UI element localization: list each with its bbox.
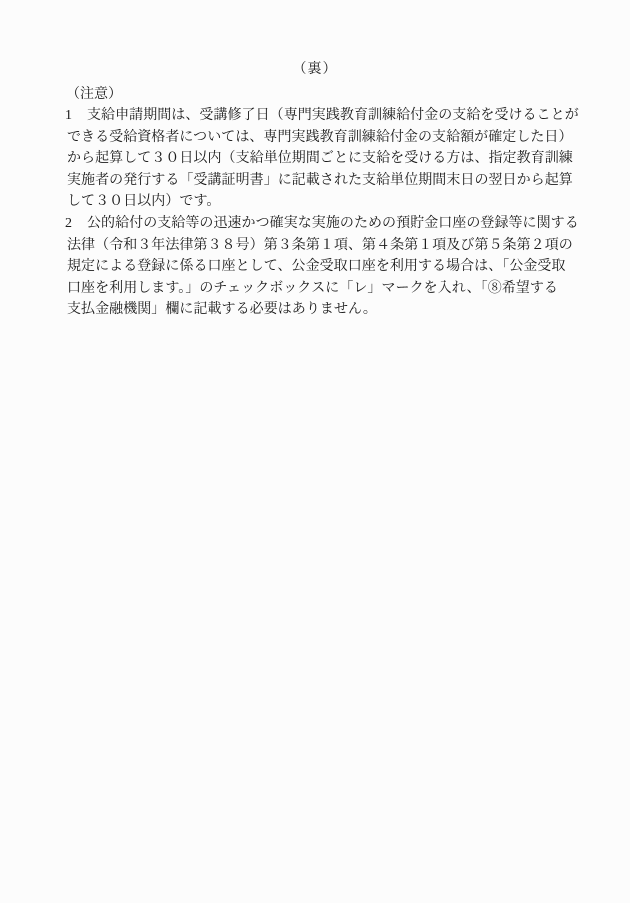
- text-line: 規定による登録に係る口座として、公金受取口座を利用する場合は、「公金受取: [67, 256, 630, 278]
- text-line: して３０日以内）です。: [67, 191, 630, 213]
- note-item-2: 2 公的給付の支給等の迅速かつ確実な実施のための預貯金口座の登録等に関する 法律…: [0, 213, 630, 321]
- text-line: 口座を利用します。」のチェックボックスに「レ」マークを入れ、「⑧希望する: [67, 278, 630, 300]
- notes-heading: （注意）: [66, 84, 122, 106]
- text-line: 支給申請期間は、受講修了日（専門実践教育訓練給付金の支給を受けることが: [87, 105, 630, 127]
- note-item-2-number: 2: [65, 213, 72, 235]
- text-line: 法律（令和３年法律第３８号）第３条第１項、第４条第１項及び第５条第２項の: [67, 235, 630, 257]
- text-line: 実施者の発行する「受講証明書」に記載された支給単位期間末日の翌日から起算: [67, 170, 630, 192]
- notes-body: 1 支給申請期間は、受講修了日（専門実践教育訓練給付金の支給を受けることが でき…: [0, 105, 630, 321]
- note-item-1-number: 1: [65, 105, 72, 127]
- note-item-1: 1 支給申請期間は、受講修了日（専門実践教育訓練給付金の支給を受けることが でき…: [0, 105, 630, 213]
- text-line: 支払金融機関」欄に記載する必要はありません。: [67, 299, 630, 321]
- document-page: （裏） （注意） 1 支給申請期間は、受講修了日（専門実践教育訓練給付金の支給を…: [0, 0, 630, 903]
- text-line: から起算して３０日以内（支給単位期間ごとに支給を受ける方は、指定教育訓練: [67, 148, 630, 170]
- text-line: 公的給付の支給等の迅速かつ確実な実施のための預貯金口座の登録等に関する: [87, 213, 630, 235]
- page-side-label: （裏）: [0, 59, 630, 81]
- text-line: できる受給資格者については、専門実践教育訓練給付金の支給額が確定した日）: [67, 127, 630, 149]
